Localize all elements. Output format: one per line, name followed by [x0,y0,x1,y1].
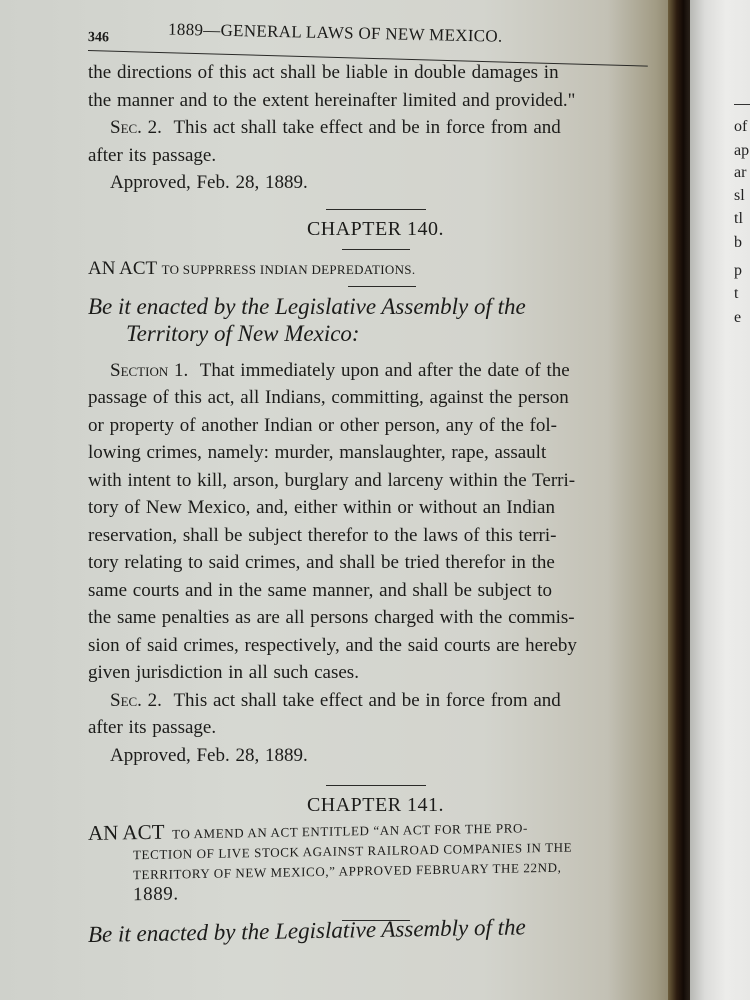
chapter-141-act-title: AN ACT TO AMEND AN ACT ENTITLED “AN ACT … [88,813,663,906]
section-divider [326,785,426,786]
section-label: Sec. 2. [110,690,162,711]
running-title: 1889—GENERAL LAWS OF NEW MEXICO. [168,20,503,47]
text-line: reservation, shall be subject therefor t… [88,522,663,550]
section-divider [326,209,426,210]
section-label: Section 1. [110,360,188,381]
chapter-141-enacting-clause: Be it enacted by the Legislative Assembl… [88,911,663,948]
chapter-140-section-1: Section 1. That immediately upon and aft… [88,357,663,687]
facing-page-fragment: ar [734,162,746,183]
page-number: 346 [88,30,109,46]
facing-page-fragment: t [734,283,738,304]
text-line: given jurisdiction in all such cases. [88,659,663,687]
facing-page-fragment: e [734,307,741,328]
text-line: tory relating to said crimes, and shall … [88,549,663,577]
running-head: 346 1889—GENERAL LAWS OF NEW MEXICO. [88,18,664,60]
text-line: or property of another Indian or other p… [88,412,663,440]
approved-date: Approved, Feb. 28, 1889. [88,169,663,197]
text-line: the same penalties as are all persons ch… [88,604,663,632]
facing-page-fragment: tl [734,208,743,229]
text-line: passage of this act, all Indians, commit… [88,384,663,412]
section-label: Sec. 2. [110,117,162,138]
chapter-140-section-2: Sec. 2. This act shall take effect and b… [88,687,663,770]
book-page-right-edge: of ap ar sl tl b p t e [690,0,750,1000]
carryover-text: the directions of this act shall be liab… [88,59,663,197]
page-content: 346 1889—GENERAL LAWS OF NEW MEXICO. the… [88,18,663,958]
text-line: with intent to kill, arson, burglary and… [88,467,663,495]
facing-page-rule [734,104,750,105]
text-line: the manner and to the extent hereinafter… [88,87,663,115]
section-2-line: Sec. 2. This act shall take effect and b… [88,114,663,142]
text-line: after its passage. [88,714,663,742]
facing-page-fragment: sl [734,185,745,206]
facing-page-fragment: ap [734,140,749,161]
text-line: lowing crimes, namely: murder, manslaugh… [88,439,663,467]
text-line: tory of New Mexico, and, either within o… [88,494,663,522]
text-line: same courts and in the same manner, and … [88,577,663,605]
chapter-140-act-title: AN ACT TO SUPPRRESS INDIAN DEPREDATIONS. [88,258,663,280]
section-divider [342,249,410,250]
section-divider [348,286,416,287]
facing-page-fragment: b [734,232,742,253]
text-line: after its passage. [88,142,663,170]
book-gutter [668,0,690,1000]
text-line: Section 1. That immediately upon and aft… [88,357,663,385]
facing-page-fragment: p [734,260,742,281]
text-line: Sec. 2. This act shall take effect and b… [88,687,663,715]
chapter-140-heading: CHAPTER 140. [88,218,663,241]
text-line: sion of said crimes, respectively, and t… [88,632,663,660]
approved-date: Approved, Feb. 28, 1889. [88,742,663,770]
chapter-140-enacting-clause: Be it enacted by the Legislative Assembl… [88,293,663,347]
facing-page-fragment: of [734,116,747,137]
